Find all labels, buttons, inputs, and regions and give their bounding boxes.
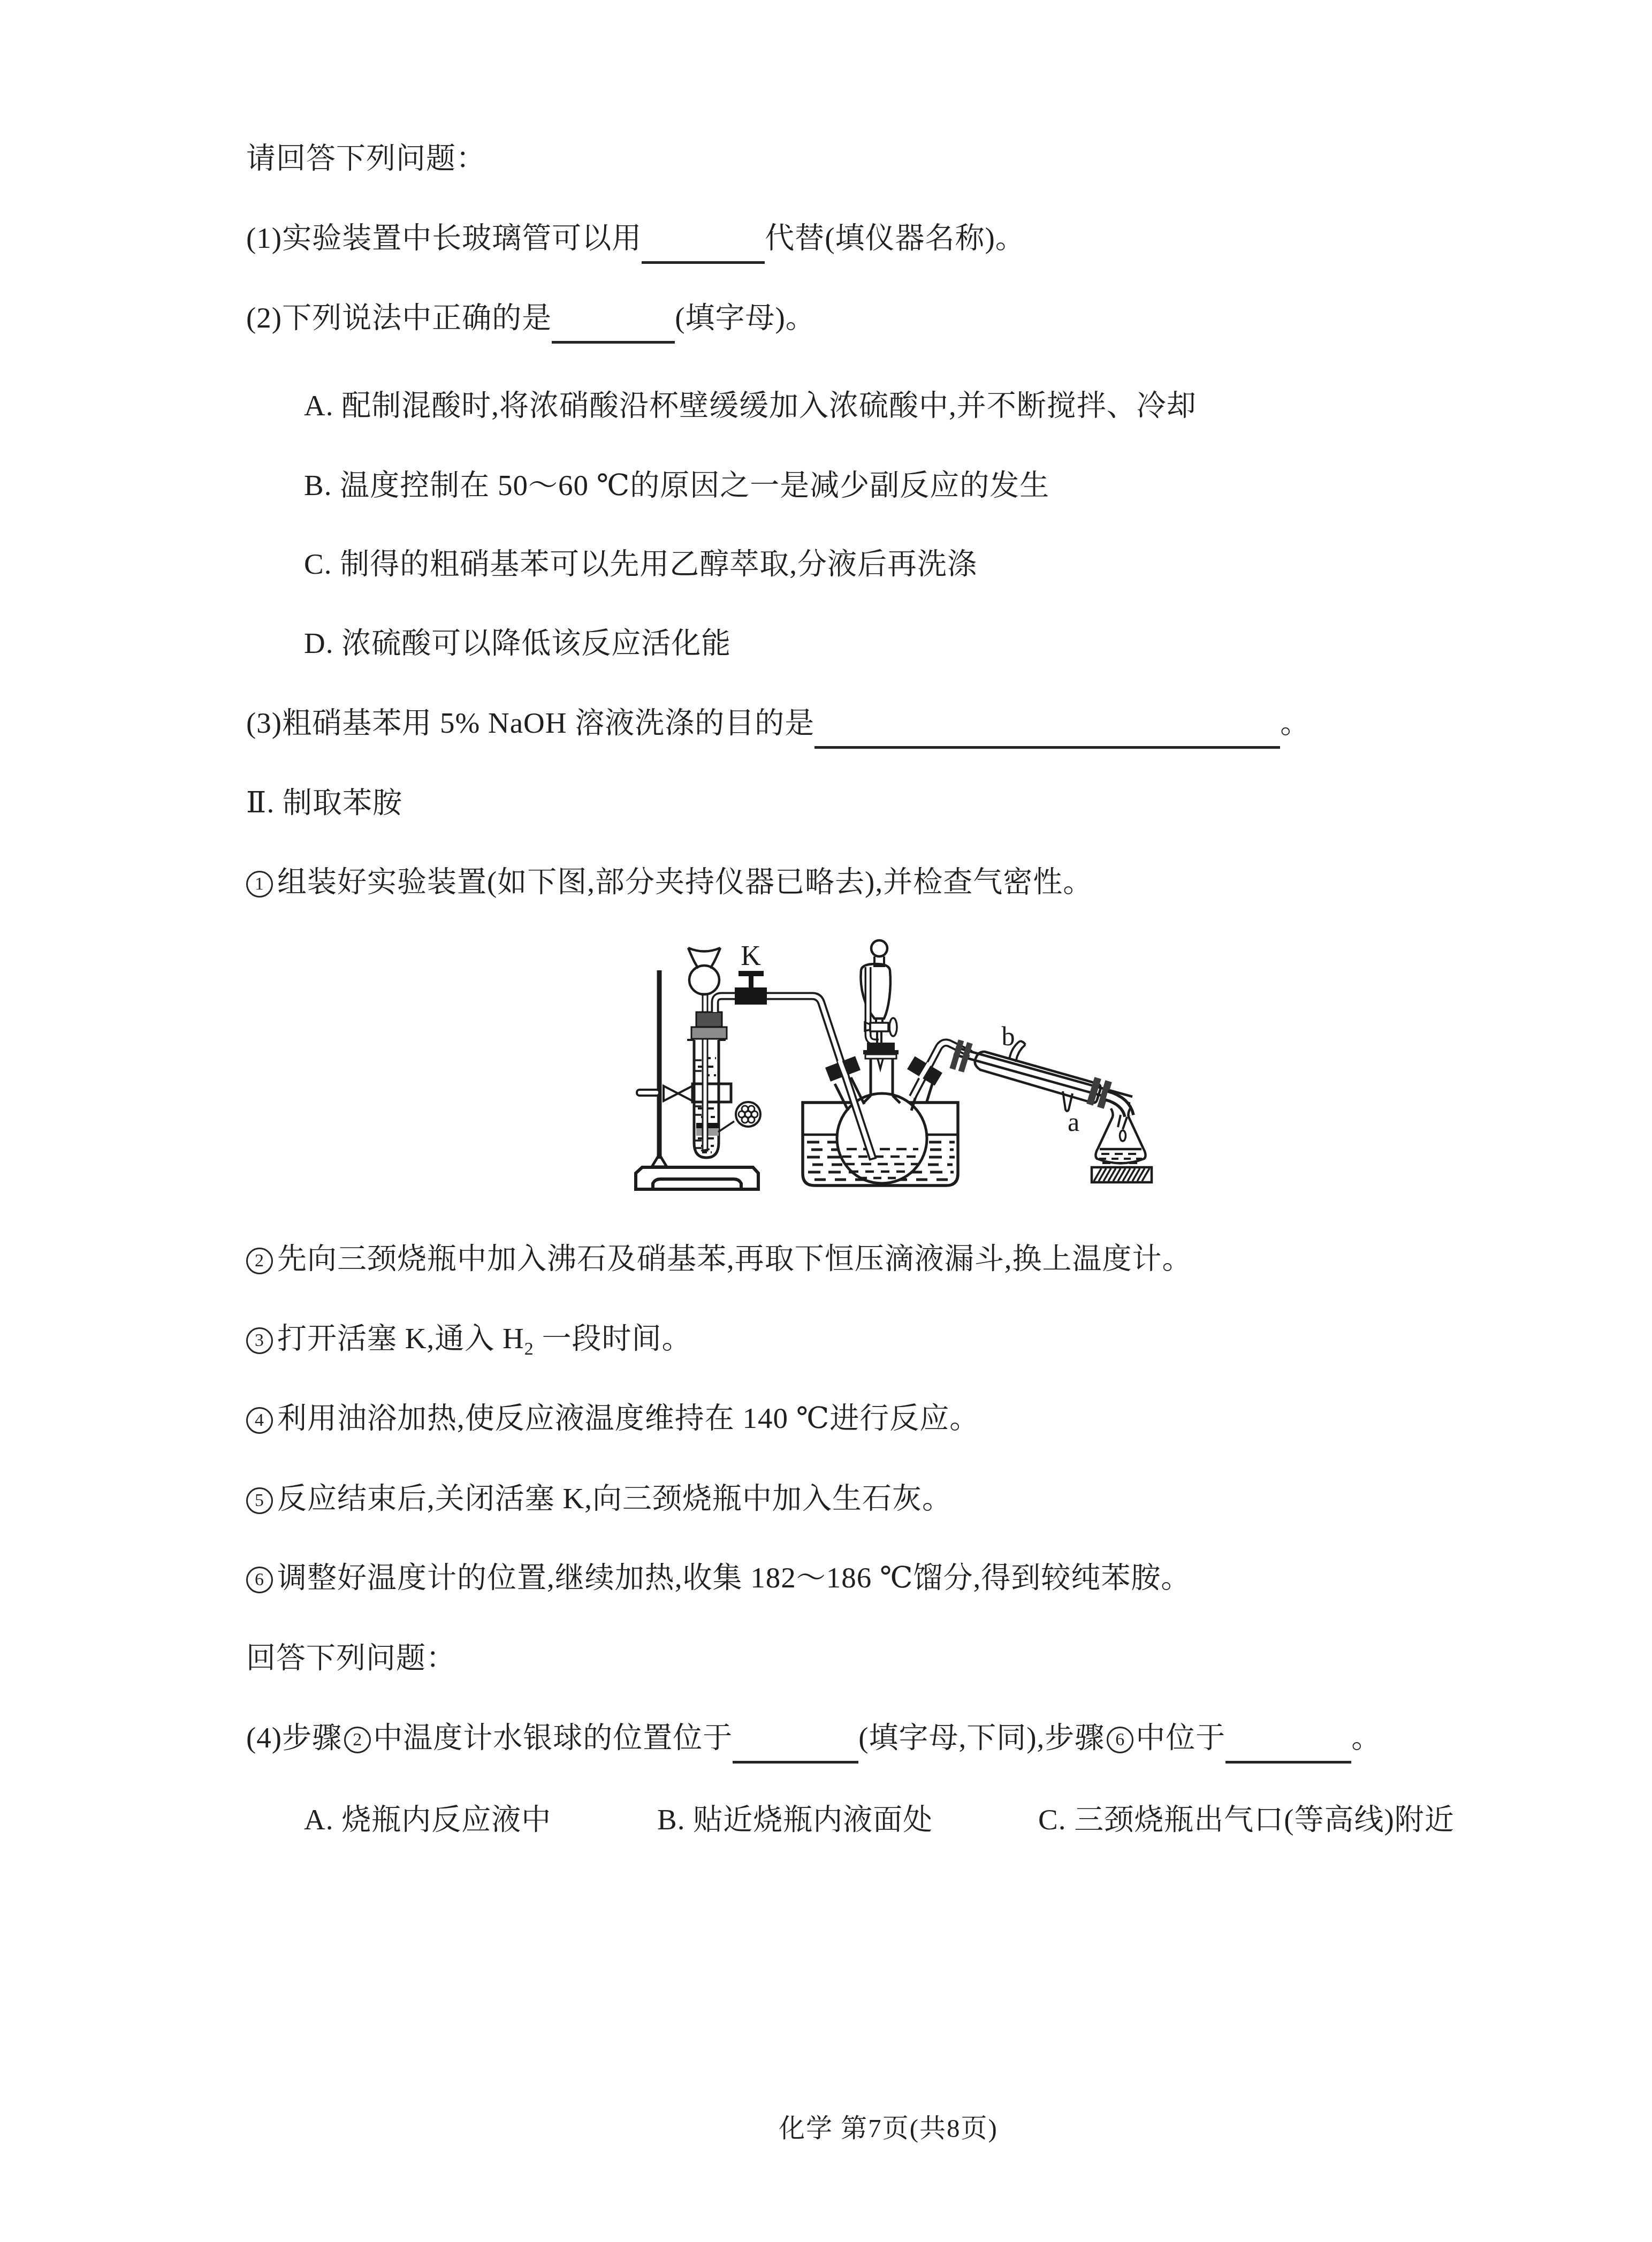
apparatus-diagram: K bbox=[599, 907, 1220, 1228]
q4-part3: (填字母,下同),步骤 bbox=[858, 1721, 1105, 1754]
step-1: 1组装好实验装置(如下图,部分夹持仪器已略去),并检查气密性。 bbox=[246, 865, 1093, 899]
step5-text: 反应结束后,关闭活塞 K,向三颈烧瓶中加入生石灰。 bbox=[277, 1482, 952, 1515]
question-4: (4)步骤2中温度计水银球的位置位于(填字母,下同),步骤6中位于。 bbox=[246, 1721, 1381, 1764]
step4-number: 4 bbox=[246, 1407, 273, 1434]
condenser-label-a: a bbox=[1068, 1107, 1079, 1137]
dropping-funnel bbox=[861, 940, 899, 1069]
section2-heading: Ⅱ. 制取苯胺 bbox=[246, 786, 402, 820]
condenser-label-b: b bbox=[1002, 1021, 1015, 1051]
step-6: 6调整好温度计的位置,继续加热,收集 182～186 ℃馏分,得到较纯苯胺。 bbox=[246, 1561, 1191, 1595]
q4-circled-2: 2 bbox=[344, 1727, 371, 1753]
q2-option-a: A. 配制混酸时,将浓硝酸沿杯壁缓缓加入浓硫酸中,并不断搅拌、冷却 bbox=[304, 389, 1197, 423]
q4-option-a: A. 烧瓶内反应液中 bbox=[304, 1803, 551, 1837]
q4-blank-1 bbox=[733, 1734, 858, 1764]
question-2: (2)下列说法中正确的是(填字母)。 bbox=[246, 301, 816, 344]
step1-number: 1 bbox=[246, 871, 273, 898]
q4-part5: 。 bbox=[1351, 1721, 1381, 1754]
step2-number: 2 bbox=[246, 1248, 273, 1274]
q3-post: 。 bbox=[1280, 706, 1310, 739]
q2-blank bbox=[552, 314, 675, 344]
condenser: b a bbox=[954, 1021, 1132, 1137]
step-2: 2先向三颈烧瓶中加入沸石及硝基苯,再取下恒压滴液漏斗,换上温度计。 bbox=[246, 1242, 1192, 1276]
adapter-tube bbox=[1107, 1096, 1129, 1141]
q4-option-c: C. 三颈烧瓶出气口(等高线)附近 bbox=[1038, 1803, 1455, 1837]
plate-detail-circle bbox=[736, 1102, 760, 1127]
exam-page: 请回答下列问题： (1)实验装置中长玻璃管可以用代替(填仪器名称)。 (2)下列… bbox=[0, 0, 1652, 2242]
step6-number: 6 bbox=[246, 1567, 273, 1593]
q2-option-b: B. 温度控制在 50～60 ℃的原因之一是减少副反应的发生 bbox=[304, 468, 1049, 503]
step3-number: 3 bbox=[246, 1327, 273, 1354]
q2-option-d: D. 浓硫酸可以降低该反应活化能 bbox=[304, 626, 731, 660]
support-mat bbox=[1092, 1167, 1152, 1182]
q4-blank-2 bbox=[1225, 1734, 1351, 1764]
intro-text: 请回答下列问题： bbox=[246, 141, 486, 176]
q4-part1: (4)步骤 bbox=[246, 1721, 342, 1754]
step-3: 3打开活塞 K,通入 H2 一段时间。 bbox=[246, 1321, 691, 1356]
page-footer: 化学 第7页(共8页) bbox=[779, 2108, 998, 2145]
prompt2-text: 回答下列问题： bbox=[246, 1641, 456, 1675]
valve-k: K bbox=[735, 941, 767, 1005]
q1-blank bbox=[642, 234, 765, 264]
q3-blank bbox=[814, 719, 1280, 749]
valve-k-label: K bbox=[741, 941, 761, 971]
step2-text: 先向三颈烧瓶中加入沸石及硝基苯,再取下恒压滴液漏斗,换上温度计。 bbox=[277, 1242, 1192, 1275]
step3-subscript: 2 bbox=[524, 1339, 534, 1359]
q4-part4: 中位于 bbox=[1136, 1721, 1225, 1754]
q1-pre: (1)实验装置中长玻璃管可以用 bbox=[246, 222, 642, 254]
step5-number: 5 bbox=[246, 1487, 273, 1514]
step3-post: 一段时间。 bbox=[534, 1322, 692, 1355]
q4-part2: 中温度计水银球的位置位于 bbox=[373, 1721, 733, 1754]
q4-option-b: B. 贴近烧瓶内液面处 bbox=[657, 1803, 933, 1837]
q2-option-c: C. 制得的粗硝基苯可以先用乙醇萃取,分液后再洗涤 bbox=[304, 547, 977, 581]
step-5: 5反应结束后,关闭活塞 K,向三颈烧瓶中加入生石灰。 bbox=[246, 1481, 952, 1516]
q2-pre: (2)下列说法中正确的是 bbox=[246, 301, 552, 334]
generator-stopper bbox=[691, 1012, 727, 1039]
q2-post: (填字母)。 bbox=[675, 301, 816, 334]
question-3: (3)粗硝基苯用 5% NaOH 溶液洗涤的目的是。 bbox=[246, 706, 1310, 749]
q1-post: 代替(填仪器名称)。 bbox=[765, 222, 1025, 254]
question-1: (1)实验装置中长玻璃管可以用代替(填仪器名称)。 bbox=[246, 221, 1025, 264]
step-4: 4利用油浴加热,使反应液温度维持在 140 ℃进行反应。 bbox=[246, 1401, 979, 1435]
q3-pre: (3)粗硝基苯用 5% NaOH 溶液洗涤的目的是 bbox=[246, 706, 814, 739]
step6-text: 调整好温度计的位置,继续加热,收集 182～186 ℃馏分,得到较纯苯胺。 bbox=[277, 1561, 1191, 1594]
step4-text: 利用油浴加热,使反应液温度维持在 140 ℃进行反应。 bbox=[277, 1402, 979, 1434]
step1-text: 组装好实验装置(如下图,部分夹持仪器已略去),并检查气密性。 bbox=[277, 865, 1093, 898]
clamp bbox=[637, 1084, 731, 1102]
step3-pre: 打开活塞 K,通入 H bbox=[277, 1322, 524, 1355]
q4-circled-6: 6 bbox=[1107, 1727, 1133, 1753]
